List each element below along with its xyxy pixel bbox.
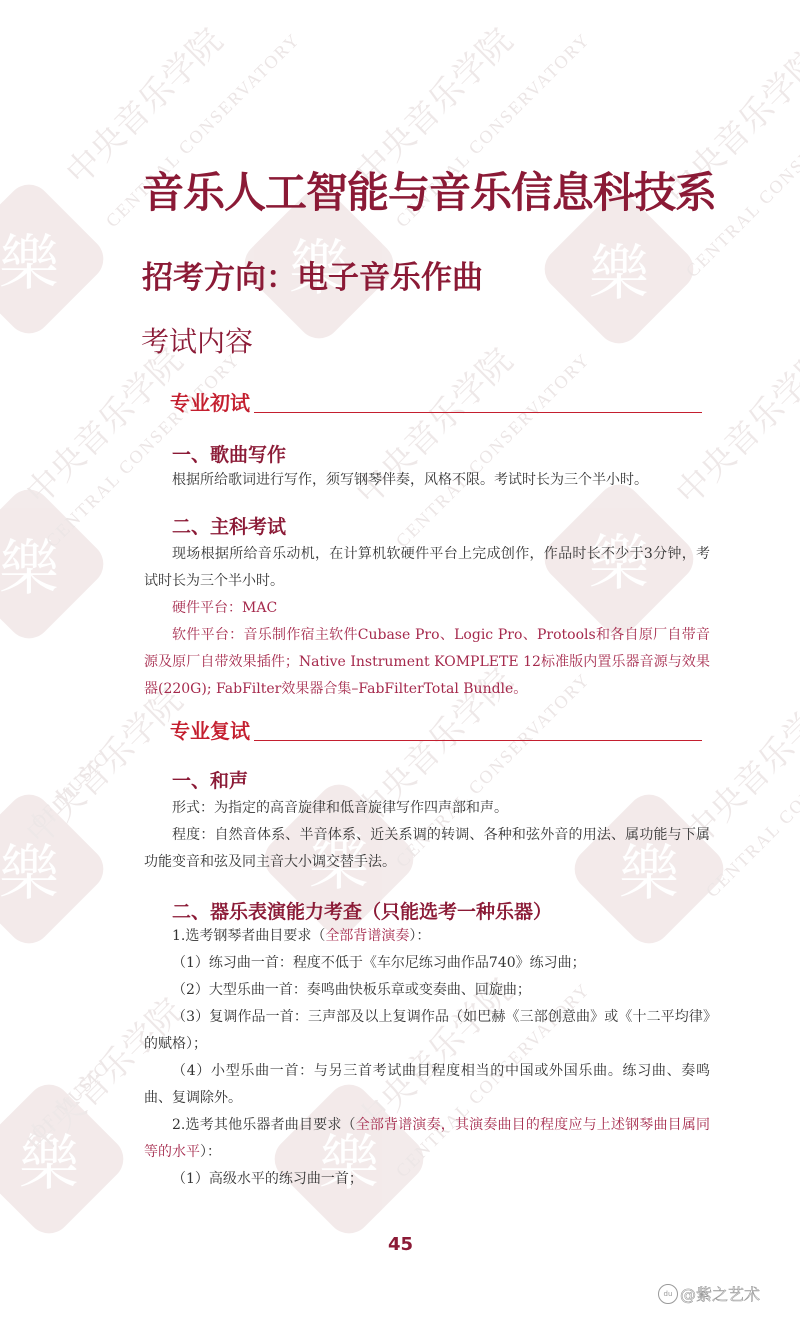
text: 1.选考钢琴者曲目要求（ [172, 928, 325, 944]
list-item: （1）高级水平的练习曲一首； [144, 1166, 710, 1193]
watermark-text-en: OF MUSIC [28, 1057, 113, 1142]
paragraph: 现场根据所给音乐动机，在计算机软硬件平台上完成创作，作品时长不少于3分钟，考试时… [144, 541, 710, 595]
seal-watermark-icon [0, 786, 112, 953]
section-heading: 专业初试 [170, 391, 250, 415]
paragraph: 根据所给歌词进行写作，须写钢琴伴奏，风格不限。考试时长为三个半小时。 [144, 467, 710, 494]
credit-text: @紫之艺术 [680, 1282, 760, 1305]
seal-watermark-icon [0, 1076, 132, 1243]
paragraph: 程度：自然音体系、半音体系、近关系调的转调、各种和弦外音的用法、属功能与下属功能… [144, 822, 710, 876]
page-number: 45 [388, 1234, 413, 1255]
list-item: （4）小型乐曲一首：与另三首考试曲目程度相当的中国或外国乐曲。练习曲、奏鸣曲、复… [144, 1058, 710, 1112]
subsection-heading: 二、主科考试 [172, 512, 286, 539]
section-retest: 专业复试 [170, 719, 702, 743]
watermark-text-en: CENTRAL CONSERVATORY [702, 699, 800, 901]
watermark-text-en: CENTRAL CONSERVATORY [392, 349, 594, 551]
subsection-heading: 一、和声 [172, 766, 248, 793]
piano-requirements-intro: 1.选考钢琴者曲目要求（全部背谱演奏）： [144, 923, 710, 950]
seal-watermark-icon [0, 481, 112, 648]
page-title: 音乐人工智能与音乐信息科技系 [142, 160, 716, 220]
emphasis-text: 全部背谱演奏 [325, 928, 409, 944]
baidu-paw-icon: du [658, 1284, 678, 1304]
subsection-heading: 一、歌曲写作 [172, 440, 286, 467]
software-platform: 软件平台：音乐制作宿主软件Cubase Pro、Logic Pro、Protoo… [144, 622, 710, 703]
section-rule [254, 740, 702, 742]
subsection-heading: 二、器乐表演能力考查（只能选考一种乐器） [172, 897, 552, 924]
seal-watermark-icon [0, 176, 112, 343]
other-requirements-intro: 2.选考其他乐器者曲目要求（全部背谱演奏，其演奏曲目的程度应与上述钢琴曲目属同等… [144, 1112, 710, 1166]
text: ）： [409, 928, 430, 944]
section-preliminary: 专业初试 [170, 391, 702, 415]
admission-direction: 招考方向：电子音乐作曲 [142, 252, 483, 297]
list-item: （3）复调作品一首：三声部及以上复调作品（如巴赫《三部创意曲》或《十二平均律》的… [144, 1004, 710, 1058]
paragraph: 形式：为指定的高音旋律和低音旋律写作四声部和声。 [144, 795, 710, 822]
text: ）： [200, 1144, 221, 1160]
list-item: （1）练习曲一首：程度不低于《车尔尼练习曲作品740》练习曲； [144, 950, 710, 977]
text: 2.选考其他乐器者曲目要求（ [172, 1117, 356, 1133]
section-heading: 专业复试 [170, 719, 250, 743]
hardware-platform: 硬件平台：MAC [144, 595, 710, 622]
exam-content-label: 考试内容 [141, 320, 253, 360]
section-rule [254, 412, 702, 414]
list-item: （2）大型乐曲一首：奏鸣曲快板乐章或变奏曲、回旋曲； [144, 977, 710, 1004]
watermark-text-en: OF MUSIC [28, 747, 113, 832]
source-credit: du @紫之艺术 [658, 1282, 760, 1305]
